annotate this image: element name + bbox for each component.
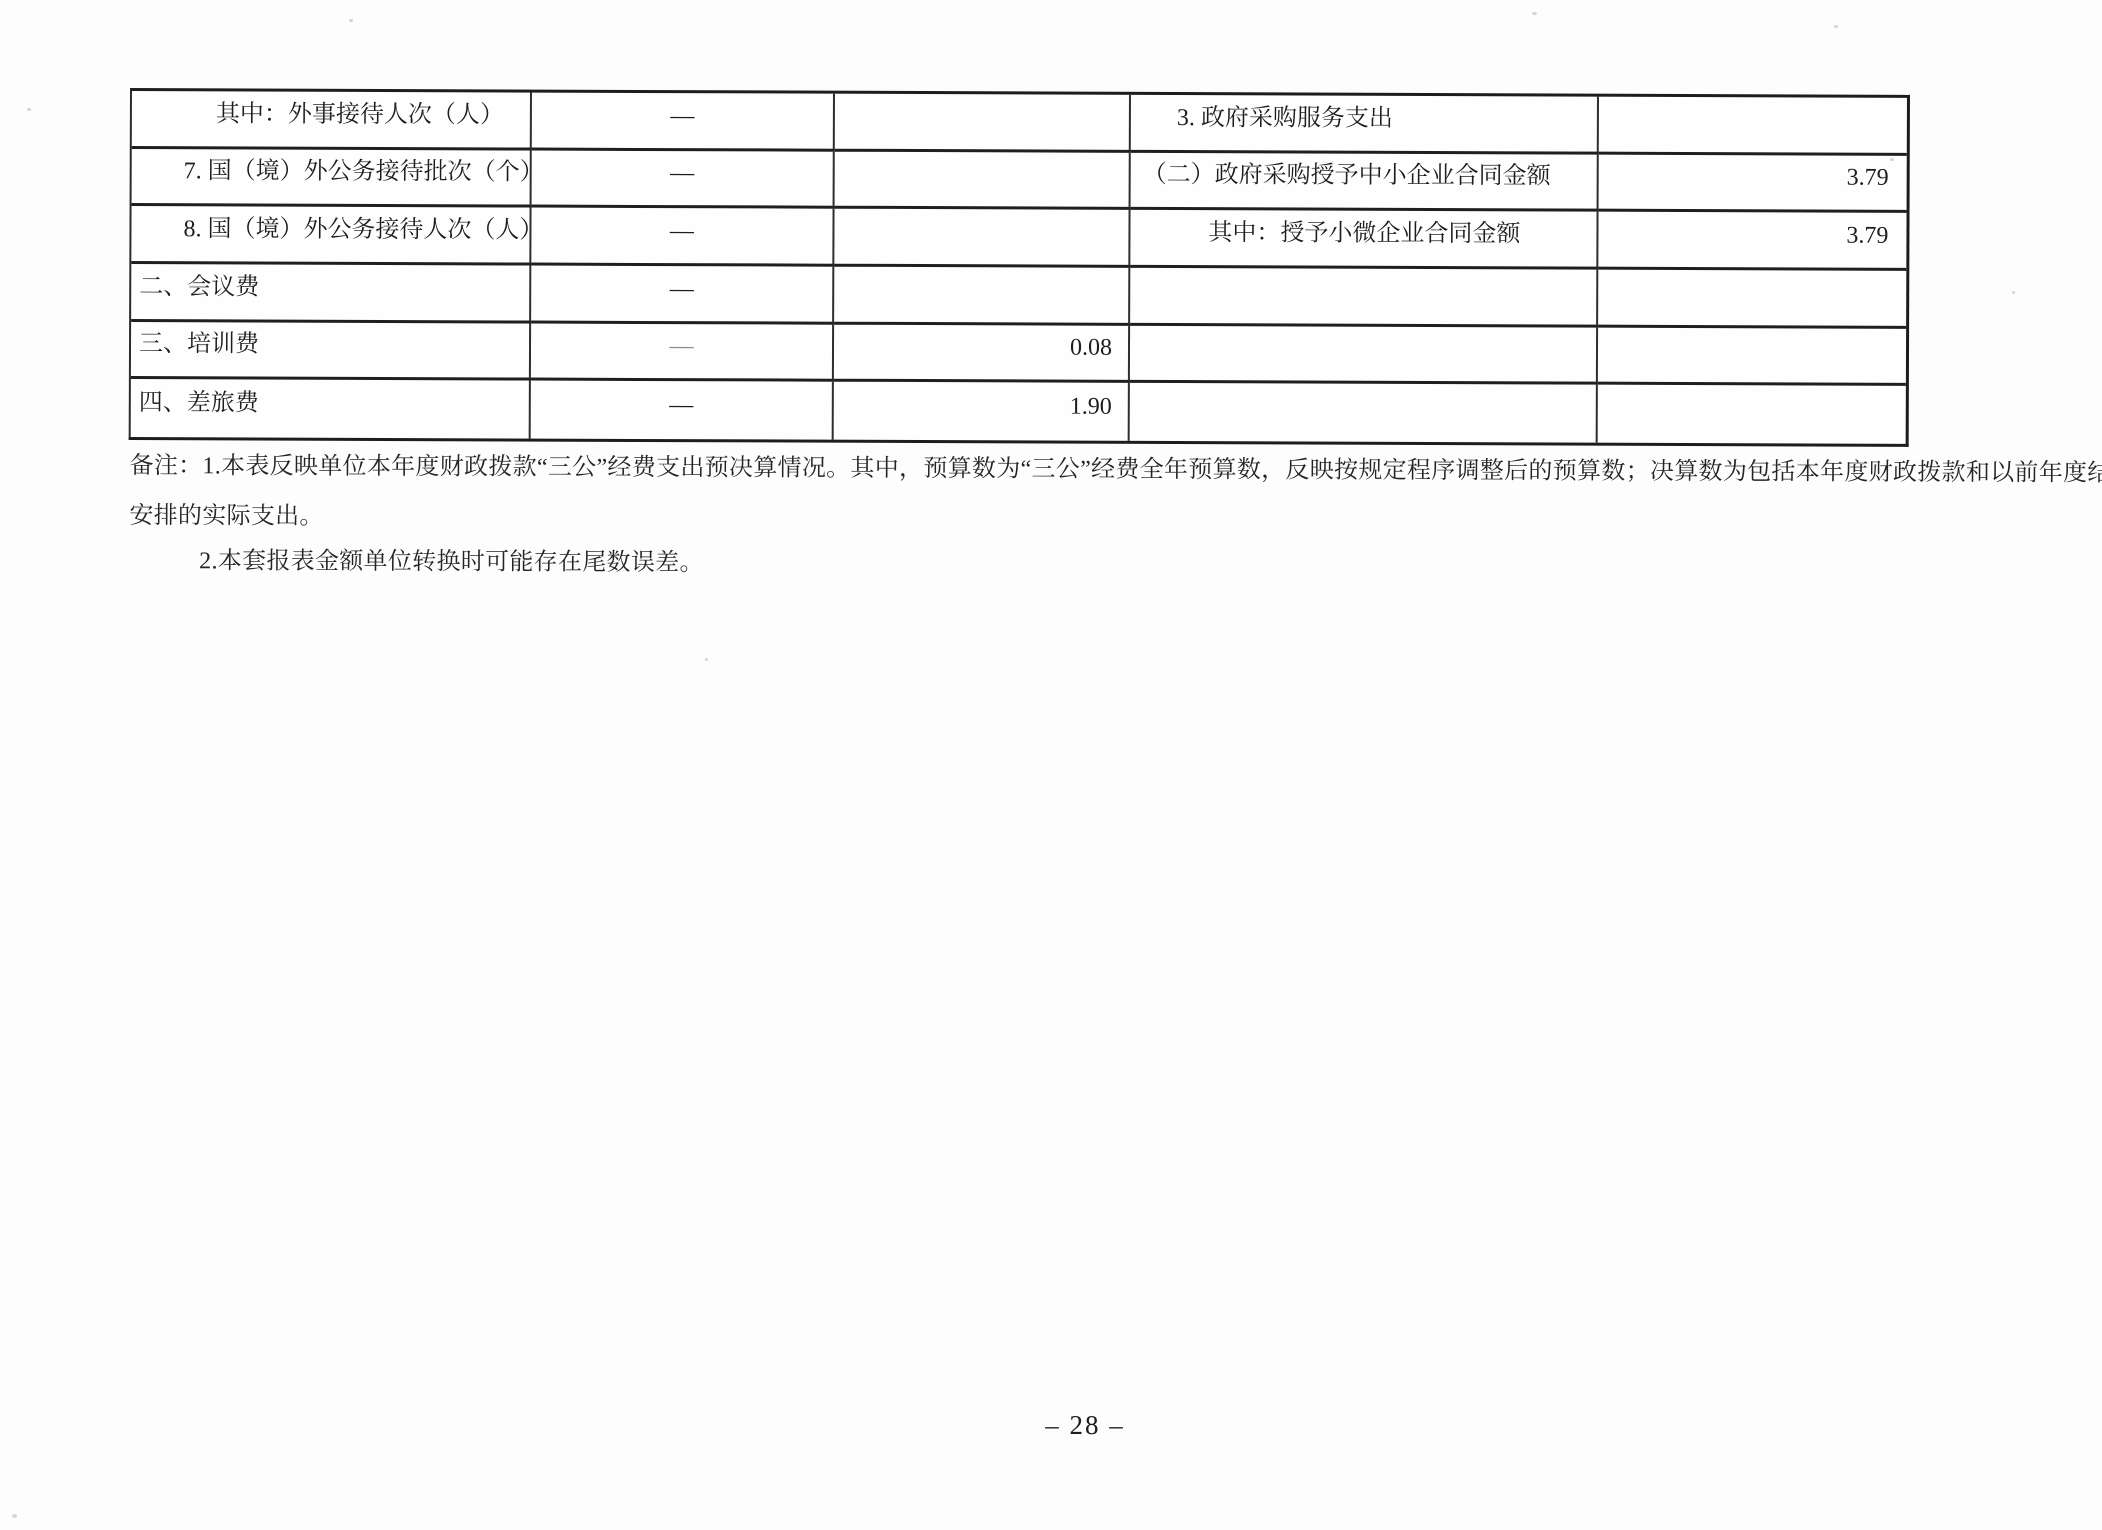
page-number: – 28 –: [985, 1410, 1185, 1441]
empty-cell: [1130, 325, 1598, 384]
budget-value-cell: —: [532, 150, 835, 209]
amount-value-cell: 3.79: [1599, 154, 1907, 213]
footnote-line-2: 安排的实际支出。: [129, 504, 323, 529]
row-label-cell: 三、培训费: [131, 322, 531, 381]
empty-cell: [1598, 385, 1906, 444]
scan-speck: [12, 1514, 17, 1518]
final-value-cell: 1.90: [834, 382, 1130, 441]
row-label-cell: 四、差旅费: [131, 379, 531, 438]
scan-speck: [2012, 291, 2015, 294]
scan-speck: [448, 160, 451, 163]
empty-cell: [1598, 327, 1906, 386]
budget-value-cell: —: [531, 208, 834, 267]
scanned-sheet: 其中：外事接待人次（人） — 3. 政府采购服务支出 7. 国（境）外公务接待批…: [0, 0, 2102, 1530]
final-value-cell: [834, 209, 1130, 268]
amount-value-cell: 3.79: [1598, 212, 1906, 271]
empty-cell: [1598, 270, 1906, 329]
empty-cell: [1130, 383, 1598, 442]
scan-speck: [1890, 158, 1894, 161]
three-public-expenses-table: 其中：外事接待人次（人） — 3. 政府采购服务支出 7. 国（境）外公务接待批…: [129, 88, 1910, 447]
row-label-cell: 其中：外事接待人次（人）: [132, 91, 532, 150]
footnote-line-1: 备注：1.本表反映单位本年度财政拨款“三公”经费支出预决算情况。其中，预算数为“…: [130, 454, 2102, 486]
row-label-cell: 3. 政府采购服务支出: [1131, 95, 1599, 154]
final-value-cell: 0.08: [834, 324, 1130, 383]
amount-value-cell: [1599, 97, 1907, 156]
scan-speck: [705, 658, 708, 661]
scan-speck: [1532, 12, 1537, 15]
scan-speck: [27, 108, 31, 111]
final-value-cell: [835, 94, 1131, 153]
footnote-line-3: 2.本套报表金额单位转换时可能存在尾数误差。: [199, 549, 704, 575]
final-value-cell: [835, 151, 1131, 210]
row-label-cell: 7. 国（境）外公务接待批次（个）: [132, 149, 532, 208]
budget-value-cell: —: [531, 323, 834, 382]
budget-value-cell: —: [531, 381, 834, 440]
row-label-cell: 其中：授予小微企业合同金额: [1130, 210, 1598, 269]
row-label-cell: 8. 国（境）外公务接待人次（人）: [131, 206, 531, 265]
row-label-cell: （二）政府采购授予中小企业合同金额: [1131, 152, 1599, 211]
scan-speck: [349, 19, 353, 22]
budget-value-cell: —: [532, 93, 835, 152]
budget-value-cell: —: [531, 266, 834, 325]
empty-cell: [1130, 268, 1598, 327]
final-value-cell: [834, 267, 1130, 326]
scan-speck: [1834, 25, 1838, 28]
row-label-cell: 二、会议费: [131, 264, 531, 323]
